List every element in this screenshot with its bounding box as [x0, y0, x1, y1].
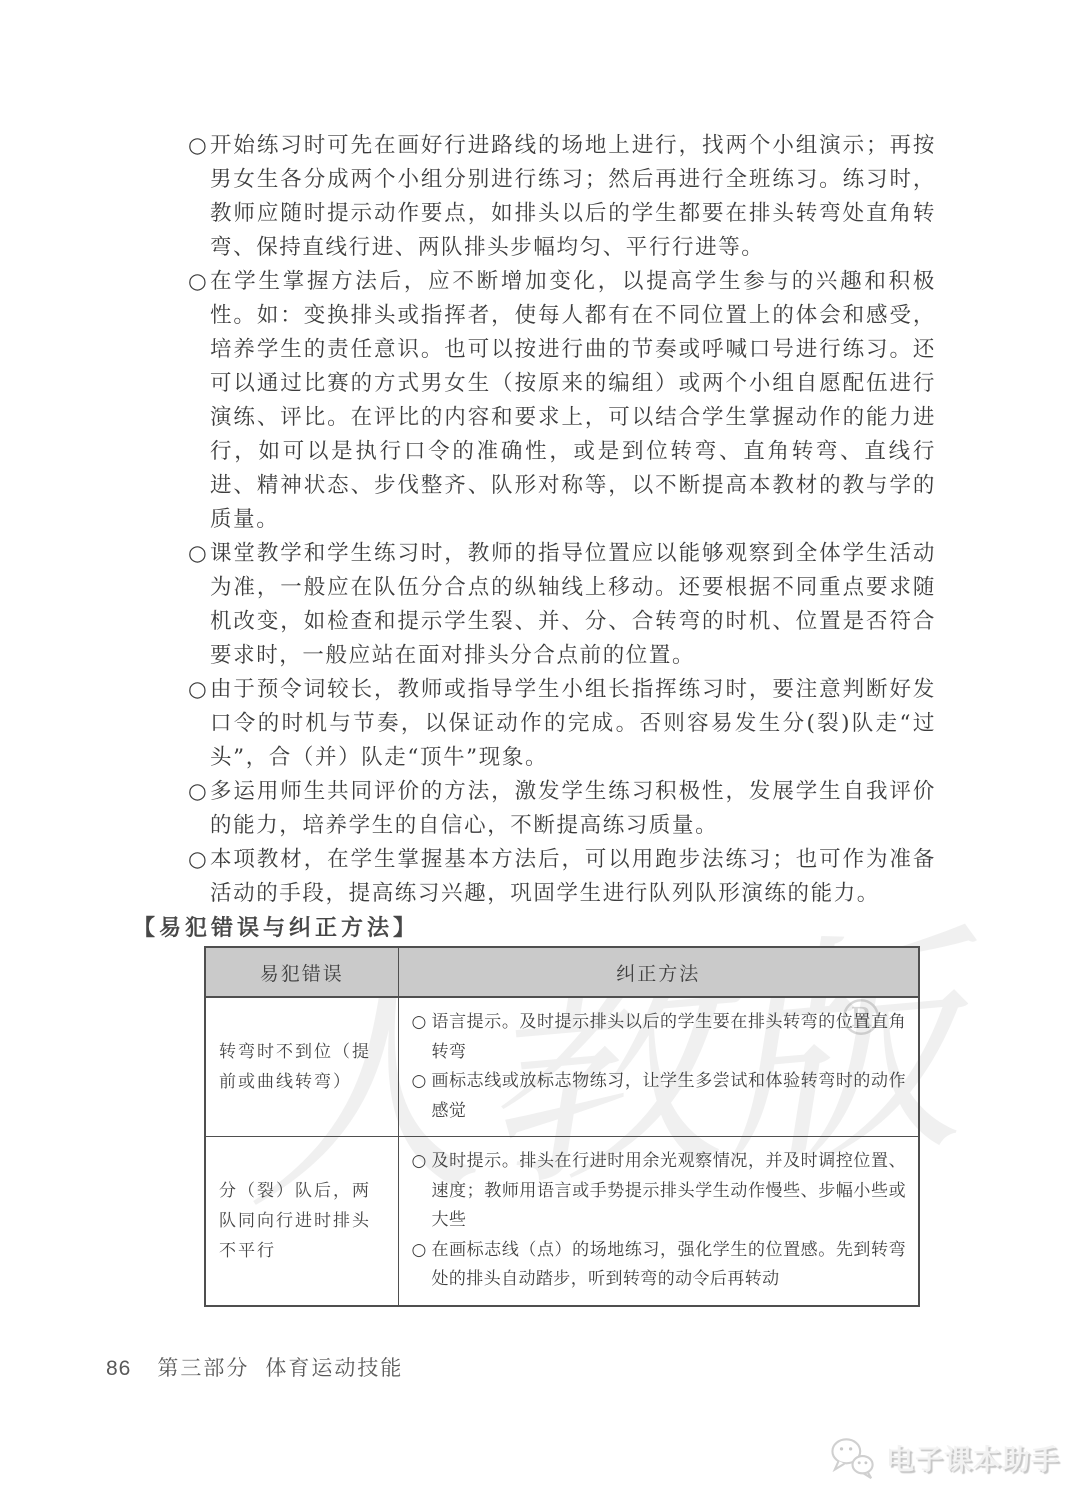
bullet-text: 由于预令词较长，教师或指导学生小组长指挥练习时，要注意判断好发口令的时机与节奏，… — [210, 677, 936, 770]
bullet-item: ○ 由于预令词较长，教师或指导学生小组长指挥练习时，要注意判断好发口令的时机与节… — [188, 673, 936, 775]
correction-method-text: 在画标志线（点）的场地练习，强化学生的位置感。先到转弯处的排头自动踏步，听到转弯… — [432, 1240, 907, 1290]
circle-bullet-icon: ○ — [412, 1236, 427, 1266]
circle-bullet-icon: ○ — [412, 1147, 427, 1177]
brand-text: 电子课本助手 — [886, 1438, 1060, 1478]
correction-method: ○ 语言提示。及时提示排头以后的学生要在排头转弯的位置直角转弯 — [412, 1008, 907, 1067]
page-number: 86 — [106, 1357, 131, 1380]
correction-cell: ○ 语言提示。及时提示排头以后的学生要在排头转弯的位置直角转弯 ○ 画标志线或放… — [398, 997, 919, 1137]
brand-watermark: 电子课本助手 — [828, 1436, 1060, 1480]
part-label: 第三部分 — [157, 1357, 249, 1380]
table-row: 转弯时不到位（提前或曲线转弯） ○ 语言提示。及时提示排头以后的学生要在排头转弯… — [205, 997, 919, 1137]
correction-method: ○ 及时提示。排头在行进时用余光观察情况，并及时调控位置、速度；教师用语言或手势… — [412, 1147, 907, 1236]
column-header-correction: 纠正方法 — [398, 947, 919, 997]
error-cell: 分（裂）队后，两队同向行进时排头不平行 — [205, 1137, 398, 1306]
error-cell: 转弯时不到位（提前或曲线转弯） — [205, 997, 398, 1137]
correction-method-text: 及时提示。排头在行进时用余光观察情况，并及时调控位置、速度；教师用语言或手势提示… — [432, 1151, 907, 1230]
bullet-item: ○ 本项教材，在学生掌握基本方法后，可以用跑步法练习；也可作为准备活动的手段，提… — [188, 843, 936, 911]
section-title: 体育运动技能 — [265, 1357, 403, 1380]
bullet-item: ○ 在学生掌握方法后，应不断增加变化，以提高学生参与的兴趣和积极性。如：变换排头… — [188, 265, 936, 537]
bullet-text: 课堂教学和学生练习时，教师的指导位置应以能够观察到全体学生活动为准，一般应在队伍… — [210, 541, 936, 668]
circle-bullet-icon: ○ — [188, 129, 207, 163]
circle-bullet-icon: ○ — [188, 265, 207, 299]
section-heading: 【易犯错误与纠正方法】 — [133, 911, 419, 942]
circle-bullet-icon: ○ — [188, 843, 207, 877]
wechat-icon — [828, 1436, 878, 1480]
circle-bullet-icon: ○ — [188, 537, 207, 571]
page-footer: 86第三部分体育运动技能 — [106, 1352, 403, 1382]
textbook-page: { "document": { "bullet_marker": "○", "b… — [0, 0, 1080, 1508]
bullet-text: 在学生掌握方法后，应不断增加变化，以提高学生参与的兴趣和积极性。如：变换排头或指… — [210, 269, 936, 532]
circle-bullet-icon: ○ — [188, 775, 207, 809]
bullet-text: 多运用师生共同评价的方法，激发学生练习积极性，发展学生自我评价的能力，培养学生的… — [210, 779, 936, 838]
table-row: 分（裂）队后，两队同向行进时排头不平行 ○ 及时提示。排头在行进时用余光观察情况… — [205, 1137, 919, 1306]
error-correction-table: 易犯错误 纠正方法 转弯时不到位（提前或曲线转弯） ○ 语言提示。及时提示排头以… — [204, 946, 920, 1307]
correction-method: ○ 在画标志线（点）的场地练习，强化学生的位置感。先到转弯处的排头自动踏步，听到… — [412, 1236, 907, 1295]
table-header-row: 易犯错误 纠正方法 — [205, 947, 919, 997]
circle-bullet-icon: ○ — [188, 673, 207, 707]
column-header-error: 易犯错误 — [205, 947, 398, 997]
bullet-text: 开始练习时可先在画好行进路线的场地上进行，找两个小组演示；再按男女生各分成两个小… — [210, 133, 936, 260]
correction-method-text: 画标志线或放标志物练习，让学生多尝试和体验转弯时的动作感觉 — [432, 1071, 907, 1121]
circle-bullet-icon: ○ — [412, 1067, 427, 1097]
correction-method-text: 语言提示。及时提示排头以后的学生要在排头转弯的位置直角转弯 — [432, 1012, 907, 1062]
bullet-item: ○ 多运用师生共同评价的方法，激发学生练习积极性，发展学生自我评价的能力，培养学… — [188, 775, 936, 843]
correction-method: ○ 画标志线或放标志物练习，让学生多尝试和体验转弯时的动作感觉 — [412, 1067, 907, 1126]
bullet-list: ○ 开始练习时可先在画好行进路线的场地上进行，找两个小组演示；再按男女生各分成两… — [188, 129, 936, 911]
bullet-text: 本项教材，在学生掌握基本方法后，可以用跑步法练习；也可作为准备活动的手段，提高练… — [210, 847, 936, 906]
correction-cell: ○ 及时提示。排头在行进时用余光观察情况，并及时调控位置、速度；教师用语言或手势… — [398, 1137, 919, 1306]
bullet-item: ○ 课堂教学和学生练习时，教师的指导位置应以能够观察到全体学生活动为准，一般应在… — [188, 537, 936, 673]
bullet-item: ○ 开始练习时可先在画好行进路线的场地上进行，找两个小组演示；再按男女生各分成两… — [188, 129, 936, 265]
circle-bullet-icon: ○ — [412, 1008, 427, 1038]
